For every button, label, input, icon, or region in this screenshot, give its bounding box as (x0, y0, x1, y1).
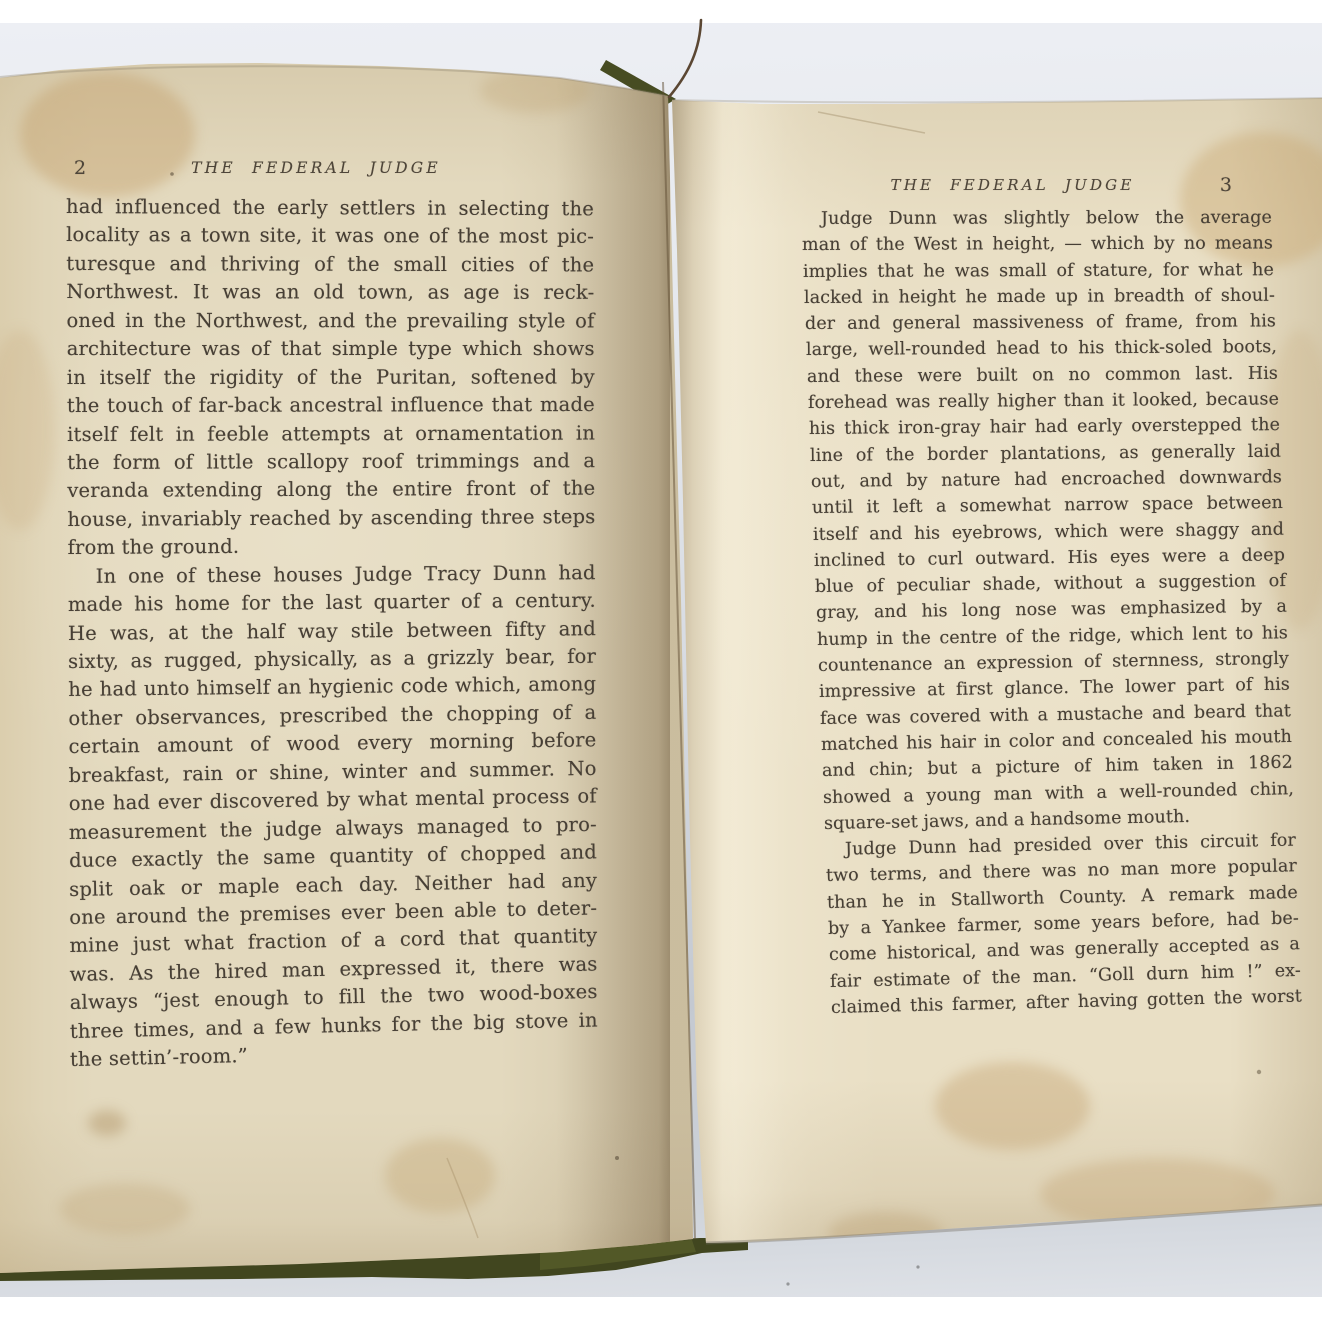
left-page-header: 2 THE FEDERAL JUDGE (66, 157, 594, 183)
text-line: man of the West in height, — which by no… (802, 231, 1273, 259)
page-number: 2 (74, 157, 86, 179)
text-line: in itself the rigidity of the Puritan, s… (67, 363, 595, 392)
text-line: had influenced the early settlers in sel… (66, 193, 594, 224)
text-line: oned in the Northwest, and the prevailin… (66, 307, 594, 336)
text-line: implies that he was small of stature, fo… (803, 257, 1274, 285)
right-page-header: THE FEDERAL JUDGE 3 (801, 174, 1272, 200)
text-line: and these were built on no common last. … (807, 360, 1278, 390)
text-line: der and general massiveness of frame, fr… (805, 309, 1276, 338)
page-number: 3 (1220, 174, 1232, 196)
text-line: the touch of far-back ancestral influenc… (67, 391, 595, 420)
text-line: veranda extending along the entire front… (67, 475, 595, 506)
running-head: THE FEDERAL JUDGE (191, 159, 441, 177)
foxing-stain (385, 1138, 495, 1213)
running-head: THE FEDERAL JUDGE (890, 176, 1134, 194)
text-line: Judge Dunn was slightly below the averag… (801, 205, 1272, 233)
foxing-stain (935, 1062, 1090, 1150)
photo-frame-bottom (0, 1297, 1322, 1322)
text-line: itself felt in feeble attempts at orname… (67, 419, 595, 449)
photo-frame-top (0, 0, 1322, 23)
text-line: Northwest. It was an old town, as age is… (66, 278, 594, 307)
text-line: the form of little scallopy roof trimmin… (67, 447, 595, 477)
text-line: house, invariably reached by ascending t… (67, 503, 595, 534)
text-line: from the ground. (68, 531, 596, 563)
right-page-text: Judge Dunn was slightly below the averag… (801, 206, 1272, 1021)
text-line: turesque and thriving of the small citie… (66, 250, 594, 280)
text-line: locality as a town site, it was one of t… (66, 221, 594, 251)
text-line: made his home for the last quarter of a … (68, 587, 596, 620)
foxing-stain (60, 1183, 190, 1235)
left-page-text: had influenced the early settlers in sel… (66, 193, 594, 1075)
foxing-stain (88, 1110, 126, 1136)
text-line: architecture was of that simple type whi… (67, 335, 595, 364)
text-line: large, well-rounded head to his thick-so… (806, 335, 1277, 364)
book-photo: 2 THE FEDERAL JUDGE had influenced the e… (0, 0, 1322, 1322)
foxing-stain (0, 330, 55, 530)
text-line: lacked in height he made up in breadth o… (804, 283, 1275, 312)
text-line: his thick iron-gray hair had early overs… (809, 412, 1280, 442)
text-line: In one of these houses Judge Tracy Dunn … (68, 559, 596, 591)
